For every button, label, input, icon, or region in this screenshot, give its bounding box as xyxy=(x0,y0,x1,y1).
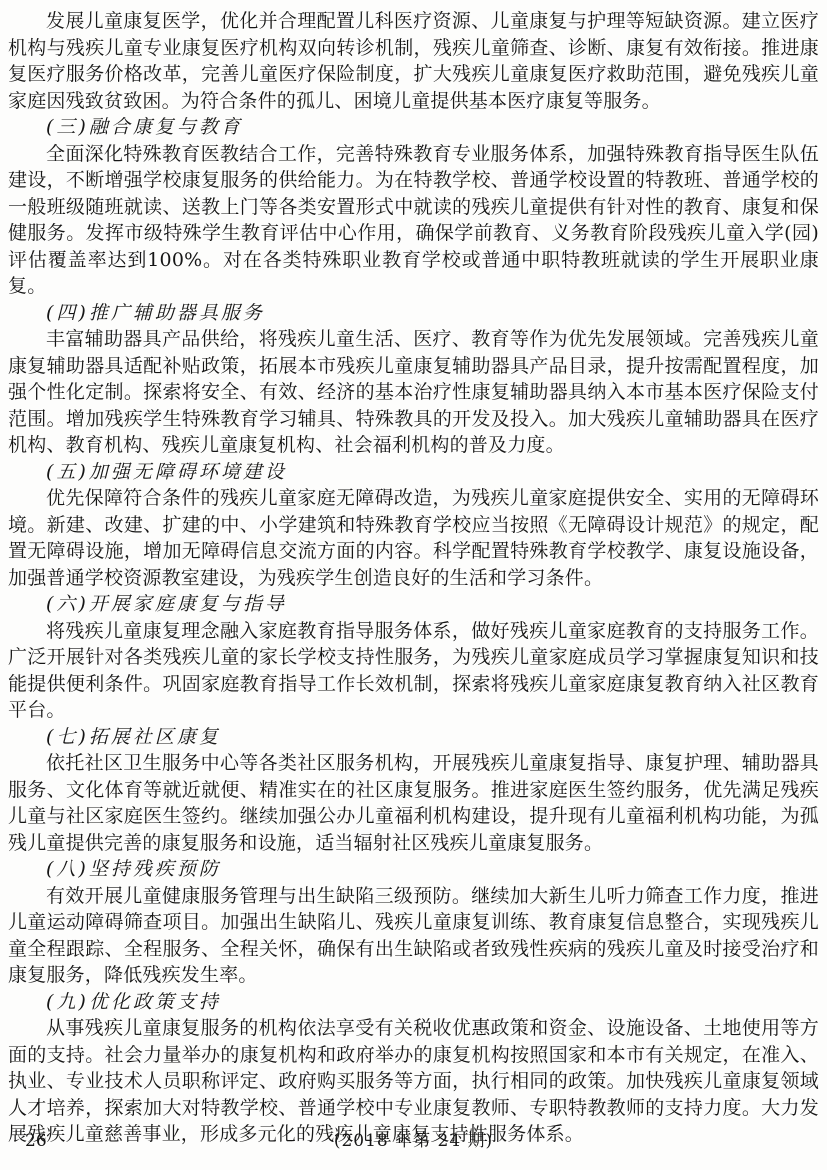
paragraph: 发展儿童康复医学，优化并合理配置儿科医疗资源、儿童康复与护理等短缺资源。建立医疗… xyxy=(8,8,819,114)
document-page: 发展儿童康复医学，优化并合理配置儿科医疗资源、儿童康复与护理等短缺资源。建立医疗… xyxy=(0,0,827,1170)
paragraph: 将残疾儿童康复理念融入家庭教育指导服务体系，做好残疾儿童家庭教育的支持服务工作。… xyxy=(8,618,819,724)
section-heading: (八)坚持残疾预防 xyxy=(8,856,819,883)
section-heading: (四)推广辅助器具服务 xyxy=(8,300,819,327)
section-heading: (三)融合康复与教育 xyxy=(8,114,819,141)
paragraph: 依托社区卫生服务中心等各类社区服务机构，开展残疾儿童康复指导、康复护理、辅助器具… xyxy=(8,750,819,856)
paragraph: 丰富辅助器具产品供给，将残疾儿童生活、医疗、教育等作为优先发展领域。完善残疾儿童… xyxy=(8,326,819,459)
paragraph: 有效开展儿童健康服务管理与出生缺陷三级预防。继续加大新生儿听力筛查工作力度，推进… xyxy=(8,883,819,989)
document-body: 发展儿童康复医学，优化并合理配置儿科医疗资源、儿童康复与护理等短缺资源。建立医疗… xyxy=(8,8,819,1148)
issue-label: (2018 年第 24 期) xyxy=(0,1128,827,1154)
section-heading: (五)加强无障碍环境建设 xyxy=(8,459,819,486)
section-heading: (六)开展家庭康复与指导 xyxy=(8,591,819,618)
page-footer: 26 (2018 年第 24 期) xyxy=(0,1128,827,1158)
section-heading: (七)拓展社区康复 xyxy=(8,724,819,751)
section-heading: (九)优化政策支持 xyxy=(8,989,819,1016)
paragraph: 优先保障符合条件的残疾儿童家庭无障碍改造，为残疾儿童家庭提供安全、实用的无障碍环… xyxy=(8,485,819,591)
paragraph: 全面深化特殊教育医教结合工作，完善特殊教育专业服务体系，加强特殊教育指导医生队伍… xyxy=(8,141,819,300)
